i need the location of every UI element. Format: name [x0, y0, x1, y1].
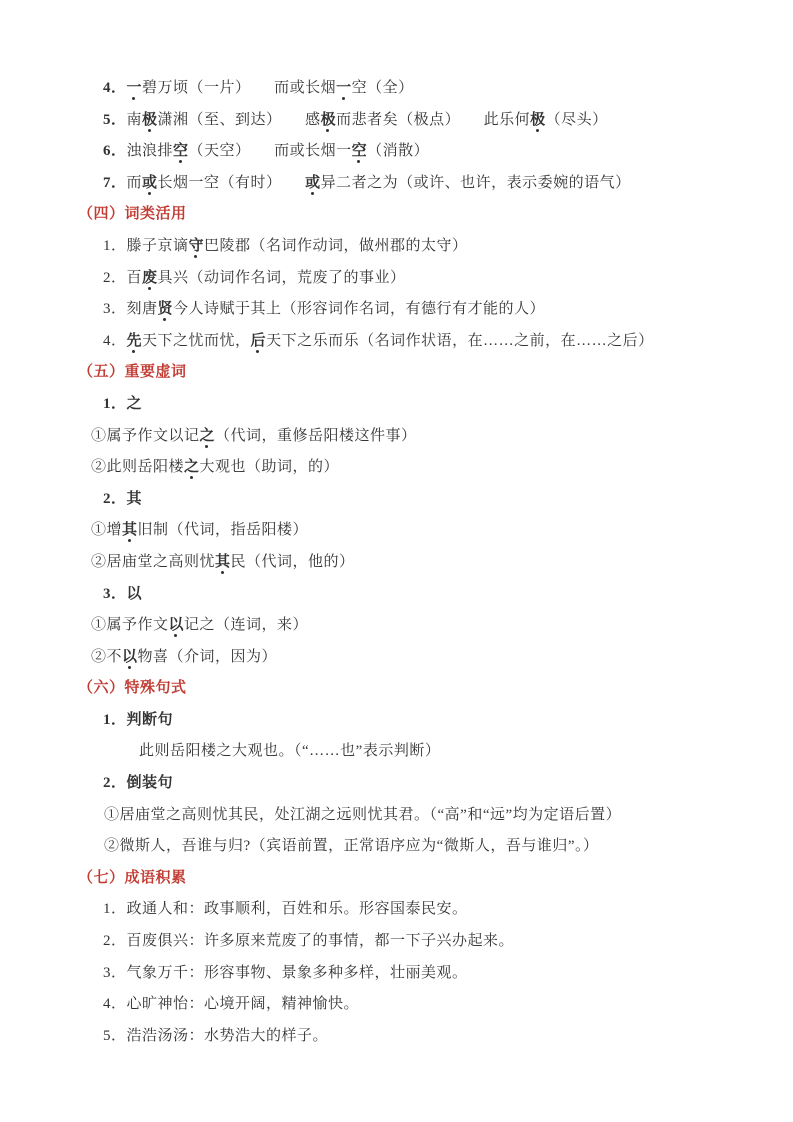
emphasized-char: 一 — [127, 80, 143, 96]
list-item: ①属予作文以记之（代词，重修岳阳楼这件事） — [91, 421, 793, 453]
emphasized-char: 守 — [189, 238, 205, 254]
text-segment: 空（全） — [352, 80, 414, 96]
text-segment: 1．滕子京谪 — [103, 238, 189, 254]
sub-heading: 3．以 — [103, 579, 793, 611]
document-body: 4．一碧万顷（一片） 而或长烟一空（全）5．南极潇湘（至、到达） 感极而悲者矣（… — [0, 0, 793, 1052]
text-segment: 民（代词，他的） — [231, 554, 355, 570]
text-segment: ①增 — [91, 522, 122, 538]
text-segment: （消散） — [367, 143, 429, 159]
emphasized-char: 后 — [251, 333, 267, 349]
text-segment: 5． — [103, 112, 127, 128]
list-item: 此则岳阳楼之大观也。（“……也”表示判断） — [139, 736, 793, 768]
list-item: 3．刻唐贤今人诗赋于其上（形容词作名词，有德行有才能的人） — [103, 294, 793, 326]
emphasized-char: 其 — [215, 554, 231, 570]
list-item: 4．一碧万顷（一片） 而或长烟一空（全） — [103, 73, 793, 105]
emphasized-char: 空 — [352, 143, 368, 159]
emphasized-char: 先 — [127, 333, 143, 349]
list-item: ①居庙堂之高则忧其民，处江湖之远则忧其君。（“高”和“远”均为定语后置） — [104, 800, 793, 832]
text-segment: 而悲者矣（极点） — [336, 112, 453, 128]
text-segment: 天下之忧而忧， — [142, 333, 251, 349]
text-segment: ②不 — [91, 649, 122, 665]
text-segment: （尽头） — [546, 112, 608, 128]
text-segment: 今人诗赋于其上（形容词作名词，有德行有才能的人） — [173, 301, 545, 317]
text-segment: 2．其 — [103, 491, 142, 507]
text-segment: ②此则岳阳楼 — [91, 459, 184, 475]
text-segment: 此乐何 — [484, 112, 531, 128]
heading-text: （四）词类活用 — [78, 206, 187, 222]
text-segment: 2．百废俱兴：许多原来荒废了的事情，都一下子兴办起来。 — [103, 933, 514, 949]
emphasized-char: 一 — [336, 80, 352, 96]
text-segment: ②微斯人，吾谁与归?（宾语前置，正常语序应为“微斯人，吾与谁归”。） — [104, 838, 598, 854]
emphasized-char: 之 — [184, 459, 200, 475]
text-segment: 此则岳阳楼之大观也。（“……也”表示判断） — [139, 743, 440, 759]
text-segment: 7． — [103, 175, 127, 191]
text-segment: 长烟一空（有时） — [158, 175, 275, 191]
text-segment: 而或长烟 — [274, 80, 336, 96]
text-segment — [243, 143, 274, 159]
text-segment: 2．倒装句 — [103, 775, 173, 791]
text-segment: 3．气象万千：形容事物、景象多种多样，壮丽美观。 — [103, 965, 468, 981]
emphasized-char: 以 — [169, 617, 185, 633]
text-segment: ②居庙堂之高则忧 — [91, 554, 215, 570]
list-item: 2．百废具兴（动词作名词，荒废了的事业） — [103, 263, 793, 295]
text-segment — [274, 112, 305, 128]
list-item: 6．浊浪排空（天空） 而或长烟一空（消散） — [103, 136, 793, 168]
section-heading: （五）重要虚词 — [78, 357, 793, 389]
text-segment: 而 — [127, 175, 143, 191]
text-segment: 感 — [305, 112, 321, 128]
sub-heading: 1．判断句 — [103, 705, 793, 737]
text-segment: 巴陵郡（名词作动词，做州郡的太守） — [204, 238, 468, 254]
emphasized-char: 极 — [321, 112, 337, 128]
sub-heading: 2．其 — [103, 484, 793, 516]
list-item: ②居庙堂之高则忧其民（代词，他的） — [91, 547, 793, 579]
text-segment: ①居庙堂之高则忧其民，处江湖之远则忧其君。（“高”和“远”均为定语后置） — [104, 807, 621, 823]
text-segment: ①属予作文以记 — [91, 428, 200, 444]
section-heading: （四）词类活用 — [78, 199, 793, 231]
emphasized-char: 废 — [142, 270, 158, 286]
text-segment: 异二者之为（或许、也许，表示委婉的语气） — [321, 175, 631, 191]
list-item: ①属予作文以记之（连词，来） — [91, 610, 793, 642]
text-segment: 碧万顷（一片） — [142, 80, 243, 96]
sub-heading: 1．之 — [103, 389, 793, 421]
text-segment — [274, 175, 305, 191]
section-heading: （六）特殊句式 — [78, 673, 793, 705]
text-segment: 6． — [103, 143, 127, 159]
text-segment: 1．判断句 — [103, 712, 173, 728]
text-segment: 记之（连词，来） — [184, 617, 308, 633]
list-item: ②微斯人，吾谁与归?（宾语前置，正常语序应为“微斯人，吾与谁归”。） — [104, 831, 793, 863]
emphasized-char: 贤 — [158, 301, 174, 317]
heading-text: （七）成语积累 — [78, 870, 187, 886]
list-item: 4．先天下之忧而忧，后天下之乐而乐（名词作状语，在……之前，在……之后） — [103, 326, 793, 358]
text-segment — [453, 112, 484, 128]
text-segment: 旧制（代词，指岳阳楼） — [138, 522, 309, 538]
list-item: 7．而或长烟一空（有时） 或异二者之为（或许、也许，表示委婉的语气） — [103, 168, 793, 200]
text-segment: 3．以 — [103, 586, 142, 602]
section-heading: （七）成语积累 — [78, 863, 793, 895]
emphasized-char: 之 — [200, 428, 216, 444]
text-segment: 4．心旷神怡：心境开阔，精神愉快。 — [103, 996, 359, 1012]
text-segment: ①属予作文 — [91, 617, 169, 633]
text-segment: 4． — [103, 80, 127, 96]
emphasized-char: 或 — [305, 175, 321, 191]
text-segment: 南 — [127, 112, 143, 128]
heading-text: （五）重要虚词 — [78, 364, 187, 380]
document-page: 4．一碧万顷（一片） 而或长烟一空（全）5．南极潇湘（至、到达） 感极而悲者矣（… — [0, 0, 793, 1122]
emphasized-char: 其 — [122, 522, 138, 538]
text-segment: 大观也（助词，的） — [200, 459, 340, 475]
list-item: 1．滕子京谪守巴陵郡（名词作动词，做州郡的太守） — [103, 231, 793, 263]
text-segment: 天下之乐而乐（名词作状语，在……之前，在……之后） — [266, 333, 654, 349]
emphasized-char: 极 — [142, 112, 158, 128]
list-item: ①增其旧制（代词，指岳阳楼） — [91, 515, 793, 547]
text-segment: （天空） — [189, 143, 244, 159]
text-segment: 具兴（动词作名词，荒废了的事业） — [158, 270, 406, 286]
emphasized-char: 以 — [122, 649, 138, 665]
list-item: ②此则岳阳楼之大观也（助词，的） — [91, 452, 793, 484]
emphasized-char: 或 — [142, 175, 158, 191]
list-item: 2．百废俱兴：许多原来荒废了的事情，都一下子兴办起来。 — [103, 926, 793, 958]
list-item: 4．心旷神怡：心境开阔，精神愉快。 — [103, 989, 793, 1021]
list-item: 5．南极潇湘（至、到达） 感极而悲者矣（极点） 此乐何极（尽头） — [103, 105, 793, 137]
list-item: 1．政通人和：政事顺利，百姓和乐。形容国泰民安。 — [103, 894, 793, 926]
text-segment: 潇湘（至、到达） — [158, 112, 275, 128]
sub-heading: 2．倒装句 — [103, 768, 793, 800]
text-segment: （代词，重修岳阳楼这件事） — [215, 428, 417, 444]
emphasized-char: 极 — [530, 112, 546, 128]
text-segment: 物喜（介词，因为） — [138, 649, 278, 665]
list-item: 3．气象万千：形容事物、景象多种多样，壮丽美观。 — [103, 958, 793, 990]
text-segment: 1．之 — [103, 396, 142, 412]
list-item: ②不以物喜（介词，因为） — [91, 642, 793, 674]
text-segment: 4． — [103, 333, 127, 349]
text-segment — [243, 80, 274, 96]
list-item: 5．浩浩汤汤：水势浩大的样子。 — [103, 1021, 793, 1053]
emphasized-char: 空 — [173, 143, 189, 159]
heading-text: （六）特殊句式 — [78, 680, 187, 696]
text-segment: 而或长烟一 — [274, 143, 352, 159]
text-segment: 2．百 — [103, 270, 142, 286]
text-segment: 浊浪排 — [127, 143, 174, 159]
text-segment: 5．浩浩汤汤：水势浩大的样子。 — [103, 1028, 328, 1044]
text-segment: 3．刻唐 — [103, 301, 158, 317]
text-segment: 1．政通人和：政事顺利，百姓和乐。形容国泰民安。 — [103, 901, 468, 917]
